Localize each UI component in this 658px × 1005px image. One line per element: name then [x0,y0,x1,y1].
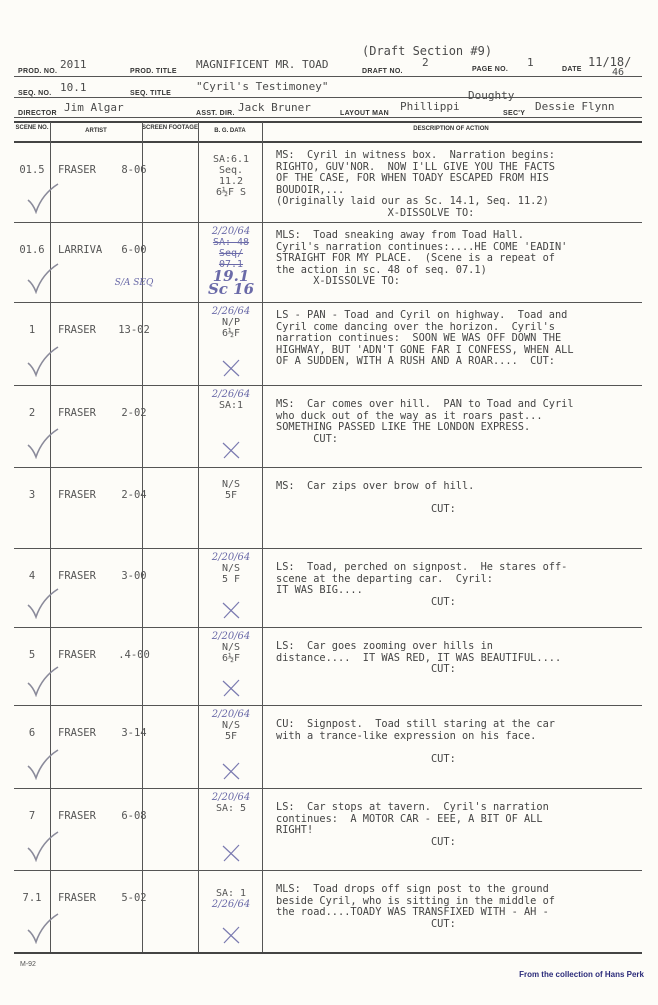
screen-footage: 6-00 [106,244,162,256]
header-line-1 [14,76,642,77]
bg-date-handwritten: 2/26/64 [200,899,262,910]
screen-footage: 2-02 [106,407,162,419]
cross-mark-icon [220,677,242,699]
action-description: LS - PAN - Toad and Cyril on highway. To… [276,310,648,368]
screen-footage: .4-00 [106,649,162,661]
bg-typed: SA: 1 [200,888,262,899]
table-row: 5FRASER.4-002/20/64N/S 6½FLS: Car goes z… [14,627,640,705]
action-description: CU: Signpost. Toad still staring at the … [276,719,648,765]
screen-footage: 2-04 [106,489,162,501]
checkmark-icon [24,746,60,780]
draft-no-label: Draft No. [362,68,403,75]
table-bottom-line [14,952,642,954]
prod-no: 2011 [60,58,87,71]
bg-data: SA: 12/26/64 [200,888,262,910]
bg-data: 2/26/64N/P 6½F [200,306,262,339]
table-row: 4FRASER3-002/20/64N/S 5 FLS: Toad, perch… [14,548,640,627]
bg-typed: SA: 48 Seq/ 07.1 [200,237,262,270]
artist-name: FRASER [58,727,96,739]
footage-note: S/A SEQ [106,278,162,288]
bg-data: 2/20/64SA: 48 Seq/ 07.119.1 Sc 16 [200,226,262,296]
date-label: Date [562,66,582,73]
scene-number: 7.1 [14,892,50,904]
director-label: Director [18,110,57,117]
checkmark-icon [24,425,60,459]
cross-mark-icon [220,924,242,946]
action-description: MLS: Toad sneaking away from Toad Hall. … [276,230,648,288]
date: 11/18/ [588,55,631,69]
table-row: 3FRASER2-04N/S 5FMS: Car zips over brow … [14,467,640,548]
screen-footage: 5-02 [106,892,162,904]
bg-date-handwritten: 2/20/64 [200,226,262,237]
layout-man-label: Layout Man [340,110,389,117]
artist-name: FRASER [58,810,96,822]
scene-number: 6 [14,727,50,739]
bg-typed: N/S 5F [200,479,262,501]
bg-date-handwritten: 2/20/64 [200,792,262,803]
bg-typed: N/P 6½F [200,317,262,339]
cross-mark-icon [220,842,242,864]
header-line-3 [14,117,642,118]
seq-no-label: Seq. No. [18,90,52,97]
checkmark-icon [24,343,60,377]
checkmark-icon [24,585,60,619]
artist-name: FRASER [58,892,96,904]
action-description: LS: Car stops at tavern. Cyril's narrati… [276,802,648,848]
table-row: 6FRASER3-142/20/64N/S 5FCU: Signpost. To… [14,705,640,788]
prod-title: MAGNIFICENT MR. TOAD [196,58,328,71]
col-description: Description of Action [262,126,640,133]
checkmark-icon [24,910,60,944]
bg-data: 2/26/64SA:1 [200,389,262,411]
bg-typed: SA:6.1 Seq. 11.2 6½F S [200,154,262,198]
bg-data: SA:6.1 Seq. 11.2 6½F S [200,154,262,198]
table-row: 7.1FRASER5-02SA: 12/26/64MLS: Toad drops… [14,870,640,952]
bg-date-handwritten: 2/26/64 [200,389,262,400]
artist-name: FRASER [58,649,96,661]
col-scene: Scene No. [14,125,50,132]
page-no-label: Page No. [472,66,508,73]
bg-date-handwritten: 2/20/64 [200,709,262,720]
scene-number: 3 [14,489,50,501]
director: Jim Algar [64,101,124,114]
checkmark-icon [24,663,60,697]
asst-dir: Jack Bruner [238,101,311,114]
prod-title-label: Prod. Title [130,68,177,75]
table-row: 01.5FRASER8-06SA:6.1 Seq. 11.2 6½F SMS: … [14,142,640,222]
scene-number: 4 [14,570,50,582]
layout-man: Phillippi [400,100,460,113]
table-top-line [14,121,642,123]
action-description: MS: Car zips over brow of hill. CUT: [276,481,648,516]
screen-footage: 13-02 [106,324,162,336]
bg-date-handwritten: 2/20/64 [200,631,262,642]
screen-footage: 6-08 [106,810,162,822]
table-row: 01.6LARRIVA6-00S/A SEQ2/20/64SA: 48 Seq/… [14,222,640,302]
form-number: M-92 [20,961,36,968]
secy-label: Sec'y [503,110,525,117]
bg-typed: SA:1 [200,400,262,411]
cross-mark-icon [220,357,242,379]
bg-typed: N/S 6½F [200,642,262,664]
seq-no: 10.1 [60,81,87,94]
bg-data: 2/20/64SA: 5 [200,792,262,814]
scene-number: 7 [14,810,50,822]
screen-footage: 3-14 [106,727,162,739]
seq-title: "Cyril's Testimoney" [196,80,328,93]
cross-mark-icon [220,760,242,782]
checkmark-icon [24,260,60,294]
bg-typed: N/S 5 F [200,563,262,585]
action-description: MS: Car comes over hill. PAN to Toad and… [276,399,648,445]
bg-data: N/S 5F [200,479,262,501]
scene-number: 01.5 [14,164,50,176]
table-row: 2FRASER2-022/26/64SA:1MS: Car comes over… [14,385,640,467]
col-artist: Artist [50,128,142,135]
action-description: LS: Car goes zooming over hills in dista… [276,641,648,676]
draft-no: 2 [422,56,429,69]
col-bg-data: B. G. Data [198,128,262,135]
screen-footage: 3-00 [106,570,162,582]
table-row: 1FRASER13-022/26/64N/P 6½FLS - PAN - Toa… [14,302,640,385]
bg-data: 2/20/64N/S 5 F [200,552,262,585]
bg-typed: N/S 5F [200,720,262,742]
bg-date-handwritten: 2/20/64 [200,552,262,563]
cross-mark-icon [220,599,242,621]
screen-footage: 8-06 [106,164,162,176]
scene-number: 01.6 [14,244,50,256]
bg-date-handwritten: 2/26/64 [200,306,262,317]
collection-credit: From the collection of Hans Perk [519,970,644,979]
layout-man-extra: Doughty [468,89,514,102]
action-description: MLS: Toad drops off sign post to the gro… [276,884,648,930]
scene-number: 5 [14,649,50,661]
bg-data: 2/20/64N/S 5F [200,709,262,742]
seq-title-label: Seq. Title [130,90,171,97]
prod-no-label: Prod. No. [18,68,57,75]
action-description: LS: Toad, perched on signpost. He stares… [276,562,648,608]
bg-data: 2/20/64N/S 6½F [200,631,262,664]
asst-dir-label: Asst. Dir. [196,110,235,117]
artist-name: LARRIVA [58,244,102,256]
bg-handwritten-seq: 19.1 Sc 16 [200,270,262,296]
page-no: 1 [527,56,534,69]
artist-name: FRASER [58,407,96,419]
scene-number: 1 [14,324,50,336]
header-line-2 [14,97,642,98]
scene-number: 2 [14,407,50,419]
table-row: 7FRASER6-082/20/64SA: 5LS: Car stops at … [14,788,640,870]
cross-mark-icon [220,439,242,461]
artist-name: FRASER [58,324,96,336]
artist-name: FRASER [58,570,96,582]
checkmark-icon [24,180,60,214]
bg-typed: SA: 5 [200,803,262,814]
checkmark-icon [24,828,60,862]
artist-name: FRASER [58,489,96,501]
col-footage: Screen Footage [142,125,198,132]
secy: Dessie Flynn [535,100,614,113]
action-description: MS: Cyril in witness box. Narration begi… [276,150,648,219]
artist-name: FRASER [58,164,96,176]
